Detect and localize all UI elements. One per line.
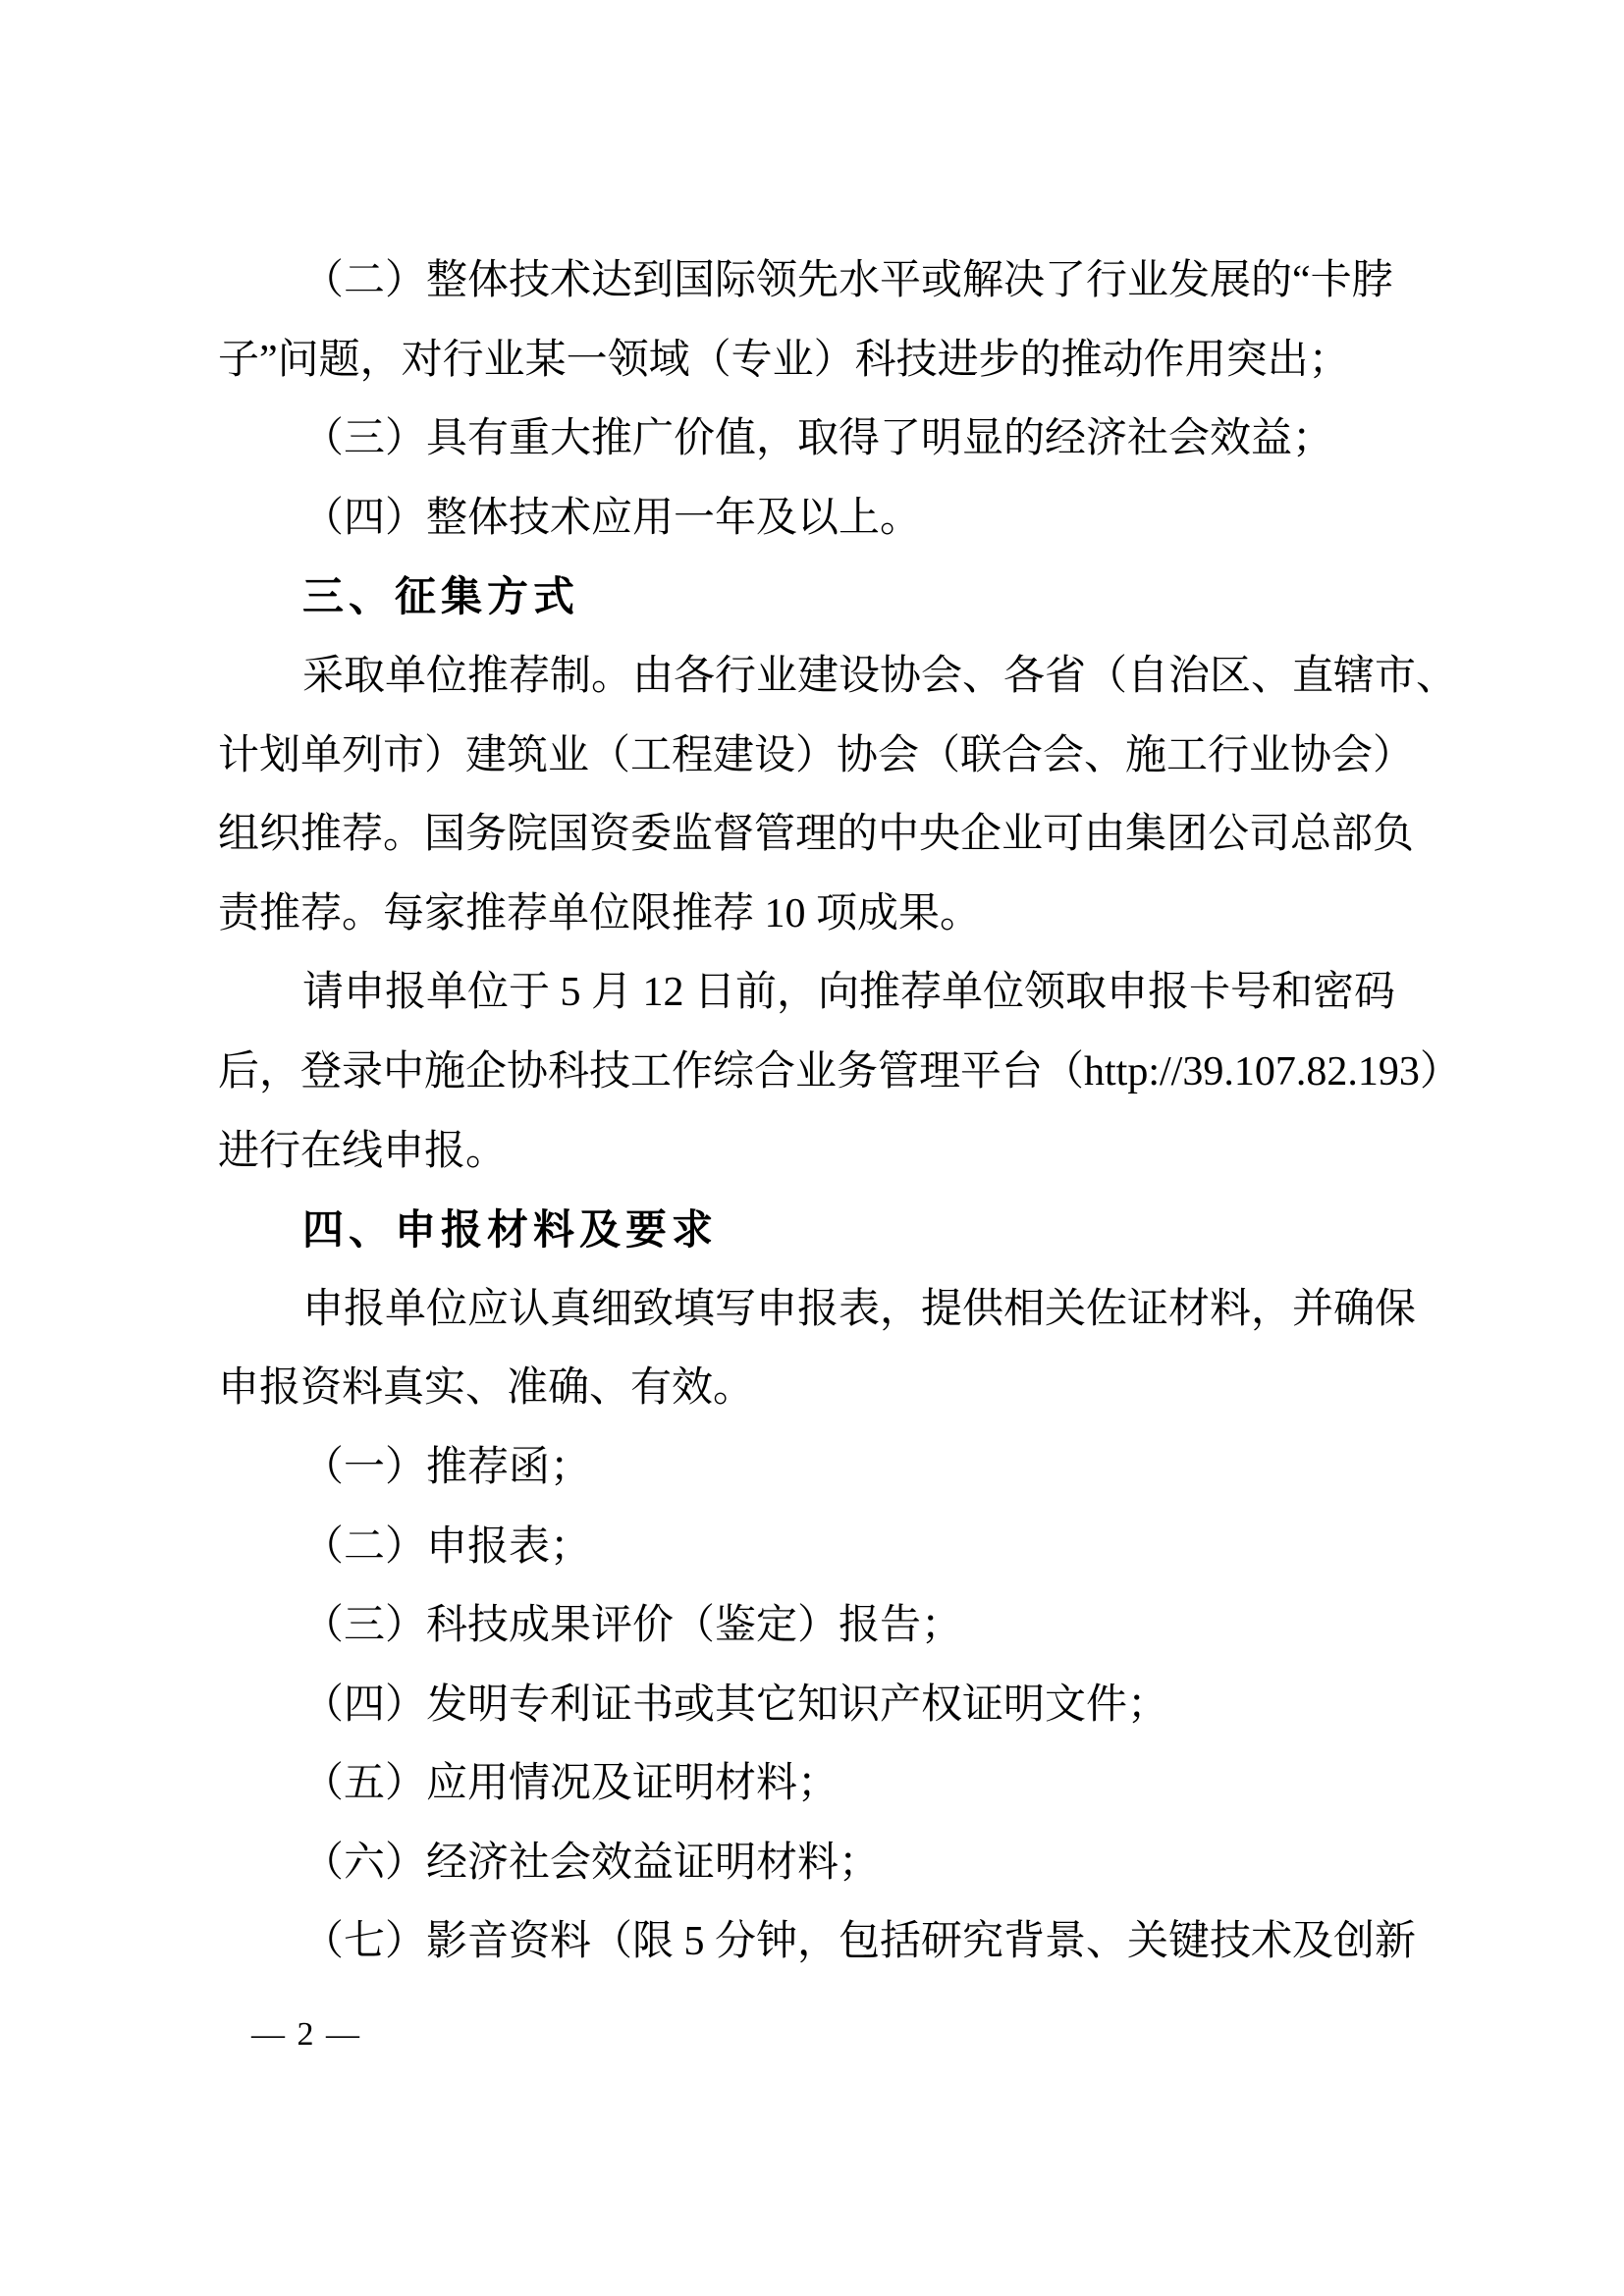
text-line: 后，登录中施企协科技工作综合业务管理平台（http://39.107.82.19…: [218, 1033, 1524, 1112]
text-line: （四）整体技术应用一年及以上。: [218, 479, 1524, 559]
text-line: 申报单位应认真细致填写申报表，提供相关佐证材料，并确保: [218, 1270, 1524, 1350]
text-line: 组织推荐。国务院国资委监督管理的中央企业可由集团公司总部负: [218, 795, 1524, 875]
text-line: 进行在线申报。: [218, 1112, 1524, 1192]
text-line: （三）具有重大推广价值，取得了明显的经济社会效益；: [218, 400, 1524, 479]
list-item: （二）申报表；: [218, 1508, 1524, 1587]
list-item: （六）经济社会效益证明材料；: [218, 1824, 1524, 1903]
text-line: 采取单位推荐制。由各行业建设协会、各省（自治区、直辖市、: [218, 637, 1524, 717]
text-line: 子”问题，对行业某一领域（专业）科技进步的推动作用突出；: [218, 321, 1524, 400]
text-line: 申报资料真实、准确、有效。: [218, 1349, 1524, 1428]
text-line: 计划单列市）建筑业（工程建设）协会（联合会、施工行业协会）: [218, 717, 1524, 796]
section-heading-application-materials: 四、申报材料及要求: [218, 1191, 1524, 1270]
document-body: （二）整体技术达到国际领先水平或解决了行业发展的“卡脖 子”问题，对行业某一领域…: [218, 241, 1524, 1982]
list-item: （五）应用情况及证明材料；: [218, 1744, 1524, 1824]
page-number: — 2 —: [251, 2012, 361, 2057]
text-line: （二）整体技术达到国际领先水平或解决了行业发展的“卡脖: [218, 241, 1524, 321]
list-item: （一）推荐函；: [218, 1428, 1524, 1508]
text-line: 责推荐。每家推荐单位限推荐 10 项成果。: [218, 875, 1524, 954]
list-item: （三）科技成果评价（鉴定）报告；: [218, 1586, 1524, 1666]
text-line: 请申报单位于 5 月 12 日前，向推荐单位领取申报卡号和密码: [218, 953, 1524, 1033]
list-item: （七）影音资料（限 5 分钟，包括研究背景、关键技术及创新: [218, 1902, 1524, 1982]
section-heading-collection-method: 三、征集方式: [218, 558, 1524, 637]
document-page: （二）整体技术达到国际领先水平或解决了行业发展的“卡脖 子”问题，对行业某一领域…: [0, 0, 1624, 2296]
list-item: （四）发明专利证书或其它知识产权证明文件；: [218, 1666, 1524, 1745]
